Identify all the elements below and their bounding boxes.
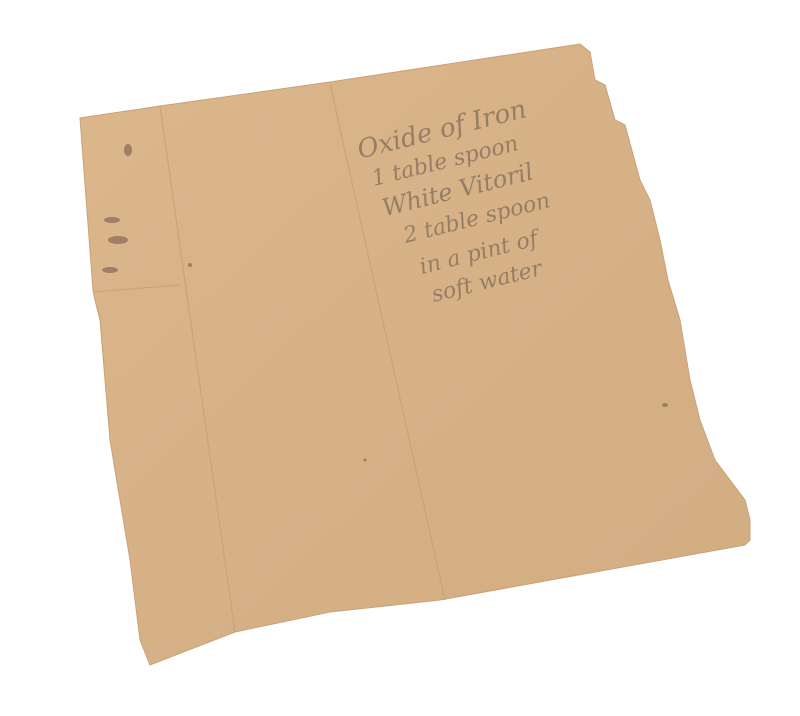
photo-canvas: Oxide of Iron 1 table spoon White Vitori… (0, 0, 800, 716)
